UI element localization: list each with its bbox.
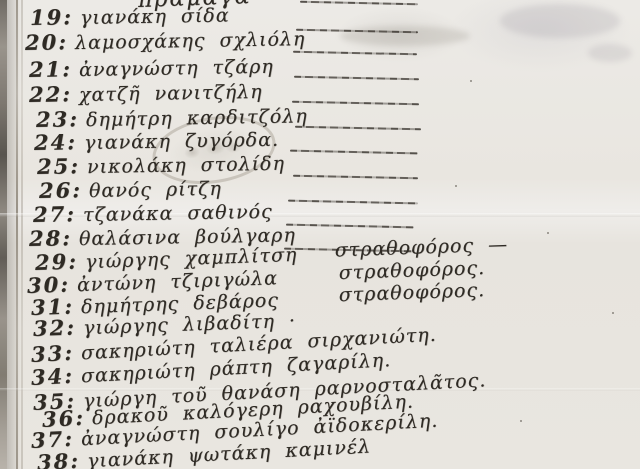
paper-speck (547, 232, 549, 234)
entry-number: 23: (36, 106, 74, 132)
ruled-blank-line (293, 175, 418, 180)
ruled-blank-line (290, 150, 418, 155)
paper-speck (520, 420, 522, 422)
entry-name: λαμοσχάκης σχλιόλη (75, 28, 306, 54)
paper-speck (455, 185, 457, 187)
entry-number: 21: (29, 56, 67, 82)
entry-number: 19: (30, 4, 68, 30)
ruled-blank-line (293, 51, 417, 56)
register-row: 22:χατζῆ νανιτζήλη (29, 78, 263, 107)
ink-bleedthrough (588, 44, 632, 62)
ruled-blank-line (288, 200, 418, 205)
ruled-blank-line (292, 101, 419, 106)
register-row: 20:λαμοσχάκης σχλιόλη (25, 25, 306, 55)
ruled-blank-line (286, 224, 414, 229)
page-left-edge (0, 0, 7, 469)
entry-number: 26: (39, 177, 77, 203)
paper-speck (612, 312, 614, 314)
paper-speck (360, 300, 362, 302)
entry-number: 34: (30, 363, 69, 390)
entry-number: 24: (34, 129, 72, 155)
page-left-edge-shadow (7, 0, 21, 469)
ruled-blank-line (295, 126, 421, 131)
margin-rule-line-2 (21, 0, 23, 469)
ink-bleedthrough (500, 4, 620, 38)
entry-number: 32: (33, 315, 72, 341)
entry-number: 20: (25, 29, 63, 55)
entry-number: 27: (33, 201, 71, 227)
ink-bleedthrough (340, 26, 470, 46)
entry-number: 38: (36, 448, 75, 469)
entry-number: 22: (29, 81, 67, 107)
entry-name: χατζῆ νανιτζήλη (79, 81, 263, 106)
ruled-blank-line (300, 1, 418, 5)
register-row: 19:γιανάκη σίδα (30, 2, 230, 30)
register-row: 25:νικολάκη στολίδη (37, 150, 285, 179)
entry-role: στραθοφόρος. (338, 279, 485, 306)
entry-name: νικολάκη στολίδη (87, 153, 285, 178)
entry-number: 25: (37, 153, 75, 179)
entry-number: 28: (29, 225, 67, 251)
manuscript-page: πραμαγα 19:γιανάκη σίδα 20:λαμοσχάκης σχ… (0, 0, 640, 469)
entry-name: γιανάκη σίδα (80, 5, 230, 30)
paper-speck (470, 80, 472, 82)
margin-rule-line (16, 0, 18, 469)
ruled-blank-line (294, 76, 419, 81)
